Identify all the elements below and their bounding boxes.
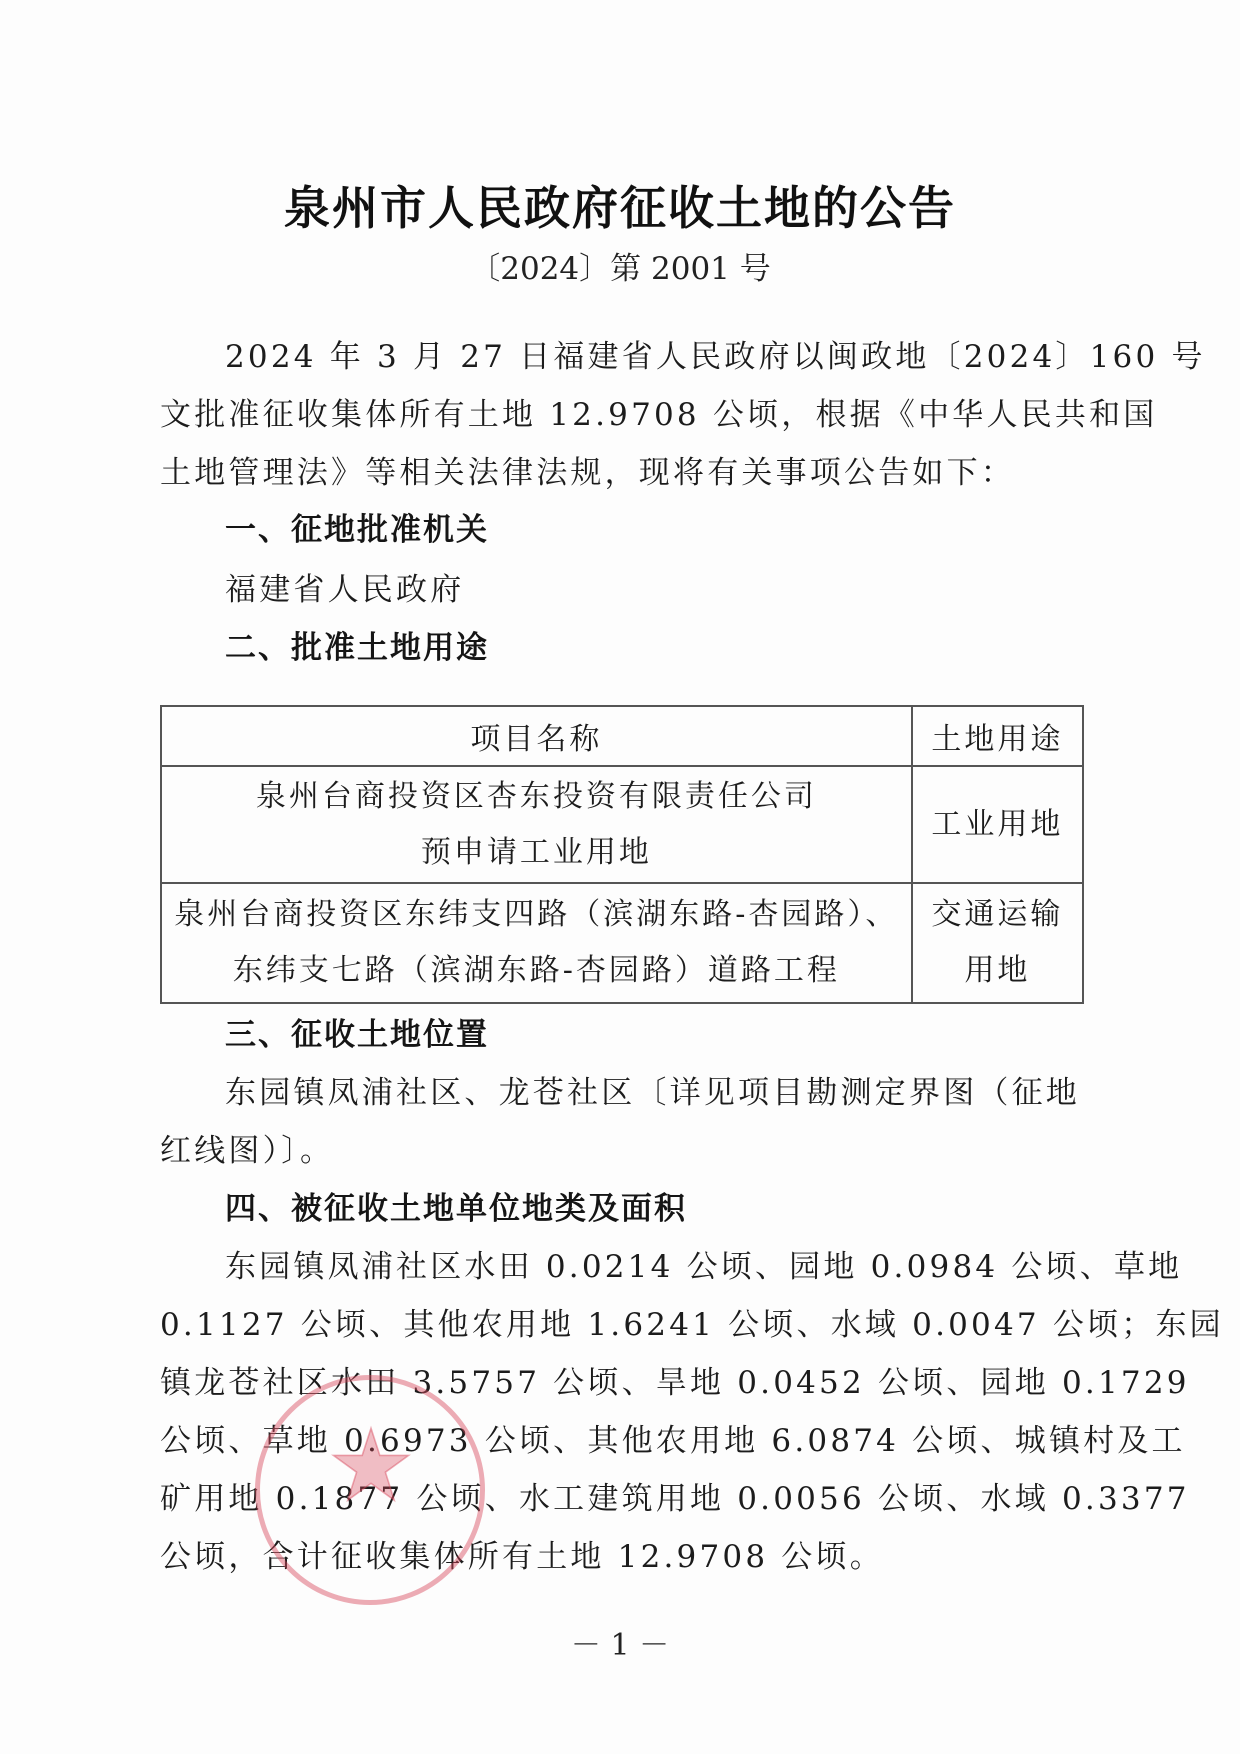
land-area-line-4: 公顷、草地 0.6973 公顷、其他农用地 6.0874 公顷、城镇村及工 <box>160 1421 1084 1461</box>
land-area-line-3: 镇龙苍社区水田 3.5757 公顷、旱地 0.0452 公顷、园地 0.1729 <box>160 1363 1084 1403</box>
table-row: 泉州台商投资区杏东投资有限责任公司 预申请工业用地 工业用地 <box>161 766 1083 883</box>
land-use-line: 用地 <box>913 943 1082 999</box>
section-heading-land-categories: 四、被征收土地单位地类及面积 <box>225 1189 1085 1229</box>
land-area-line-2: 0.1127 公顷、其他农用地 1.6241 公顷、水域 0.0047 公顷；东… <box>160 1305 1084 1345</box>
project-name-cell: 泉州台商投资区东纬支四路（滨湖东路-杏园路）、 东纬支七路（滨湖东路-杏园路）道… <box>161 883 912 1003</box>
page-number: － 1 － <box>0 1620 1240 1664</box>
project-name-line: 东纬支七路（滨湖东路-杏园路）道路工程 <box>162 943 911 999</box>
land-use-cell: 工业用地 <box>912 766 1083 883</box>
land-use-line: 工业用地 <box>913 797 1082 853</box>
project-name-line: 泉州台商投资区杏东投资有限责任公司 <box>162 769 911 825</box>
section-heading-land-use: 二、批准土地用途 <box>225 628 1085 668</box>
table-header-row: 项目名称 土地用途 <box>161 706 1083 766</box>
section-heading-location: 三、征收土地位置 <box>225 1015 1085 1055</box>
document-title: 泉州市人民政府征收土地的公告 <box>0 172 1240 238</box>
location-line-1: 东园镇凤浦社区、龙苍社区〔详见项目勘测定界图（征地 <box>225 1073 1085 1113</box>
intro-line-2: 文批准征收集体所有土地 12.9708 公顷，根据《中华人民共和国 <box>160 395 1084 435</box>
header-project-name: 项目名称 <box>161 706 912 766</box>
table-row: 泉州台商投资区东纬支四路（滨湖东路-杏园路）、 东纬支七路（滨湖东路-杏园路）道… <box>161 883 1083 1003</box>
project-name-cell: 泉州台商投资区杏东投资有限责任公司 预申请工业用地 <box>161 766 912 883</box>
location-line-2: 红线图）〕。 <box>160 1131 1084 1171</box>
document-number: 〔2024〕第 2001 号 <box>0 243 1240 288</box>
intro-line-3: 土地管理法》等相关法律法规，现将有关事项公告如下： <box>160 453 1084 493</box>
intro-line-1: 2024 年 3 月 27 日福建省人民政府以闽政地〔2024〕160 号 <box>225 337 1085 377</box>
project-name-line: 预申请工业用地 <box>162 825 911 881</box>
land-use-cell: 交通运输 用地 <box>912 883 1083 1003</box>
approval-authority-text: 福建省人民政府 <box>225 570 1085 610</box>
document-page: ​ 泉州市人民政府征收土地的公告 〔2024〕第 2001 号 2024 年 3… <box>0 0 1240 1754</box>
land-area-line-1: 东园镇凤浦社区水田 0.0214 公顷、园地 0.0984 公顷、草地 <box>225 1247 1085 1287</box>
header-land-use: 土地用途 <box>912 706 1083 766</box>
land-use-line: 交通运输 <box>913 887 1082 943</box>
land-area-line-6: 公顷，合计征收集体所有土地 12.9708 公顷。 <box>160 1537 1084 1577</box>
land-area-line-5: 矿用地 0.1877 公顷、水工建筑用地 0.0056 公顷、水域 0.3377 <box>160 1479 1084 1519</box>
land-use-table: 项目名称 土地用途 泉州台商投资区杏东投资有限责任公司 预申请工业用地 工业用地… <box>160 705 1084 1004</box>
project-name-line: 泉州台商投资区东纬支四路（滨湖东路-杏园路）、 <box>162 887 911 943</box>
section-heading-approval-authority: 一、征地批准机关 <box>225 510 1085 550</box>
